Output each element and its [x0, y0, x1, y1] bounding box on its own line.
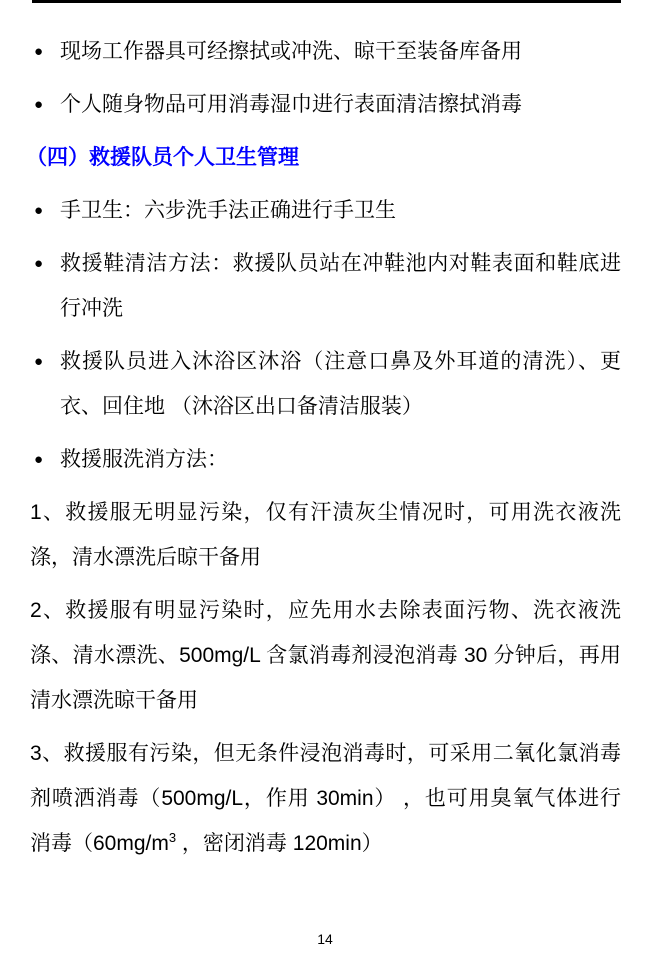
bullet-icon: ●: [34, 241, 43, 286]
page-content: ● 现场工作器具可经擦拭或冲洗、晾干至装备库备用 ● 个人随身物品可用消毒湿巾进…: [0, 0, 650, 866]
numbered-paragraph: 3、救援服有污染，但无条件浸泡消毒时，可采用二氧化氯消毒剂喷洒消毒（500mg/…: [30, 731, 621, 866]
top-border-line: [32, 0, 621, 3]
paragraph-text: ，密闭消毒 120min）: [176, 832, 383, 855]
bullet-text: 救援服洗消方法：: [60, 448, 228, 471]
bullet-icon: ●: [34, 29, 43, 74]
bullet-item: ● 救援服洗消方法：: [30, 437, 621, 482]
bullet-icon: ●: [34, 339, 43, 384]
numbered-paragraph: 2、救援服有明显污染时，应先用水去除表面污物、洗衣液洗涤、清水漂洗、500mg/…: [30, 588, 621, 723]
bullet-item: ● 救援鞋清洁方法：救援队员站在冲鞋池内对鞋表面和鞋底进行冲洗: [30, 241, 621, 331]
bullet-item: ● 救援队员进入沐浴区沐浴（注意口鼻及外耳道的清洗）、更衣、回住地 （沐浴区出口…: [30, 339, 621, 429]
superscript-exponent: 3: [169, 830, 176, 845]
numbered-paragraph: 1、救援服无明显污染，仅有汗渍灰尘情况时，可用洗衣液洗涤，清水漂洗后晾干备用: [30, 490, 621, 580]
bullet-icon: ●: [34, 188, 43, 233]
bullet-icon: ●: [34, 82, 43, 127]
bullet-icon: ●: [34, 437, 43, 482]
bullet-text: 现场工作器具可经擦拭或冲洗、晾干至装备库备用: [60, 40, 522, 63]
page-number: 14: [0, 928, 650, 950]
bullet-text: 个人随身物品可用消毒湿巾进行表面清洁擦拭消毒: [60, 93, 522, 116]
bullet-item: ● 手卫生：六步洗手法正确进行手卫生: [30, 188, 621, 233]
bullet-text: 手卫生：六步洗手法正确进行手卫生: [60, 199, 396, 222]
bullet-text: 救援鞋清洁方法：救援队员站在冲鞋池内对鞋表面和鞋底进行冲洗: [60, 252, 621, 320]
section-heading: （四）救援队员个人卫生管理: [26, 135, 621, 180]
bullet-item: ● 个人随身物品可用消毒湿巾进行表面清洁擦拭消毒: [30, 82, 621, 127]
document-page: ● 现场工作器具可经擦拭或冲洗、晾干至装备库备用 ● 个人随身物品可用消毒湿巾进…: [0, 0, 650, 961]
bullet-text: 救援队员进入沐浴区沐浴（注意口鼻及外耳道的清洗）、更衣、回住地 （沐浴区出口备清…: [60, 350, 621, 418]
bullet-item: ● 现场工作器具可经擦拭或冲洗、晾干至装备库备用: [30, 29, 621, 74]
